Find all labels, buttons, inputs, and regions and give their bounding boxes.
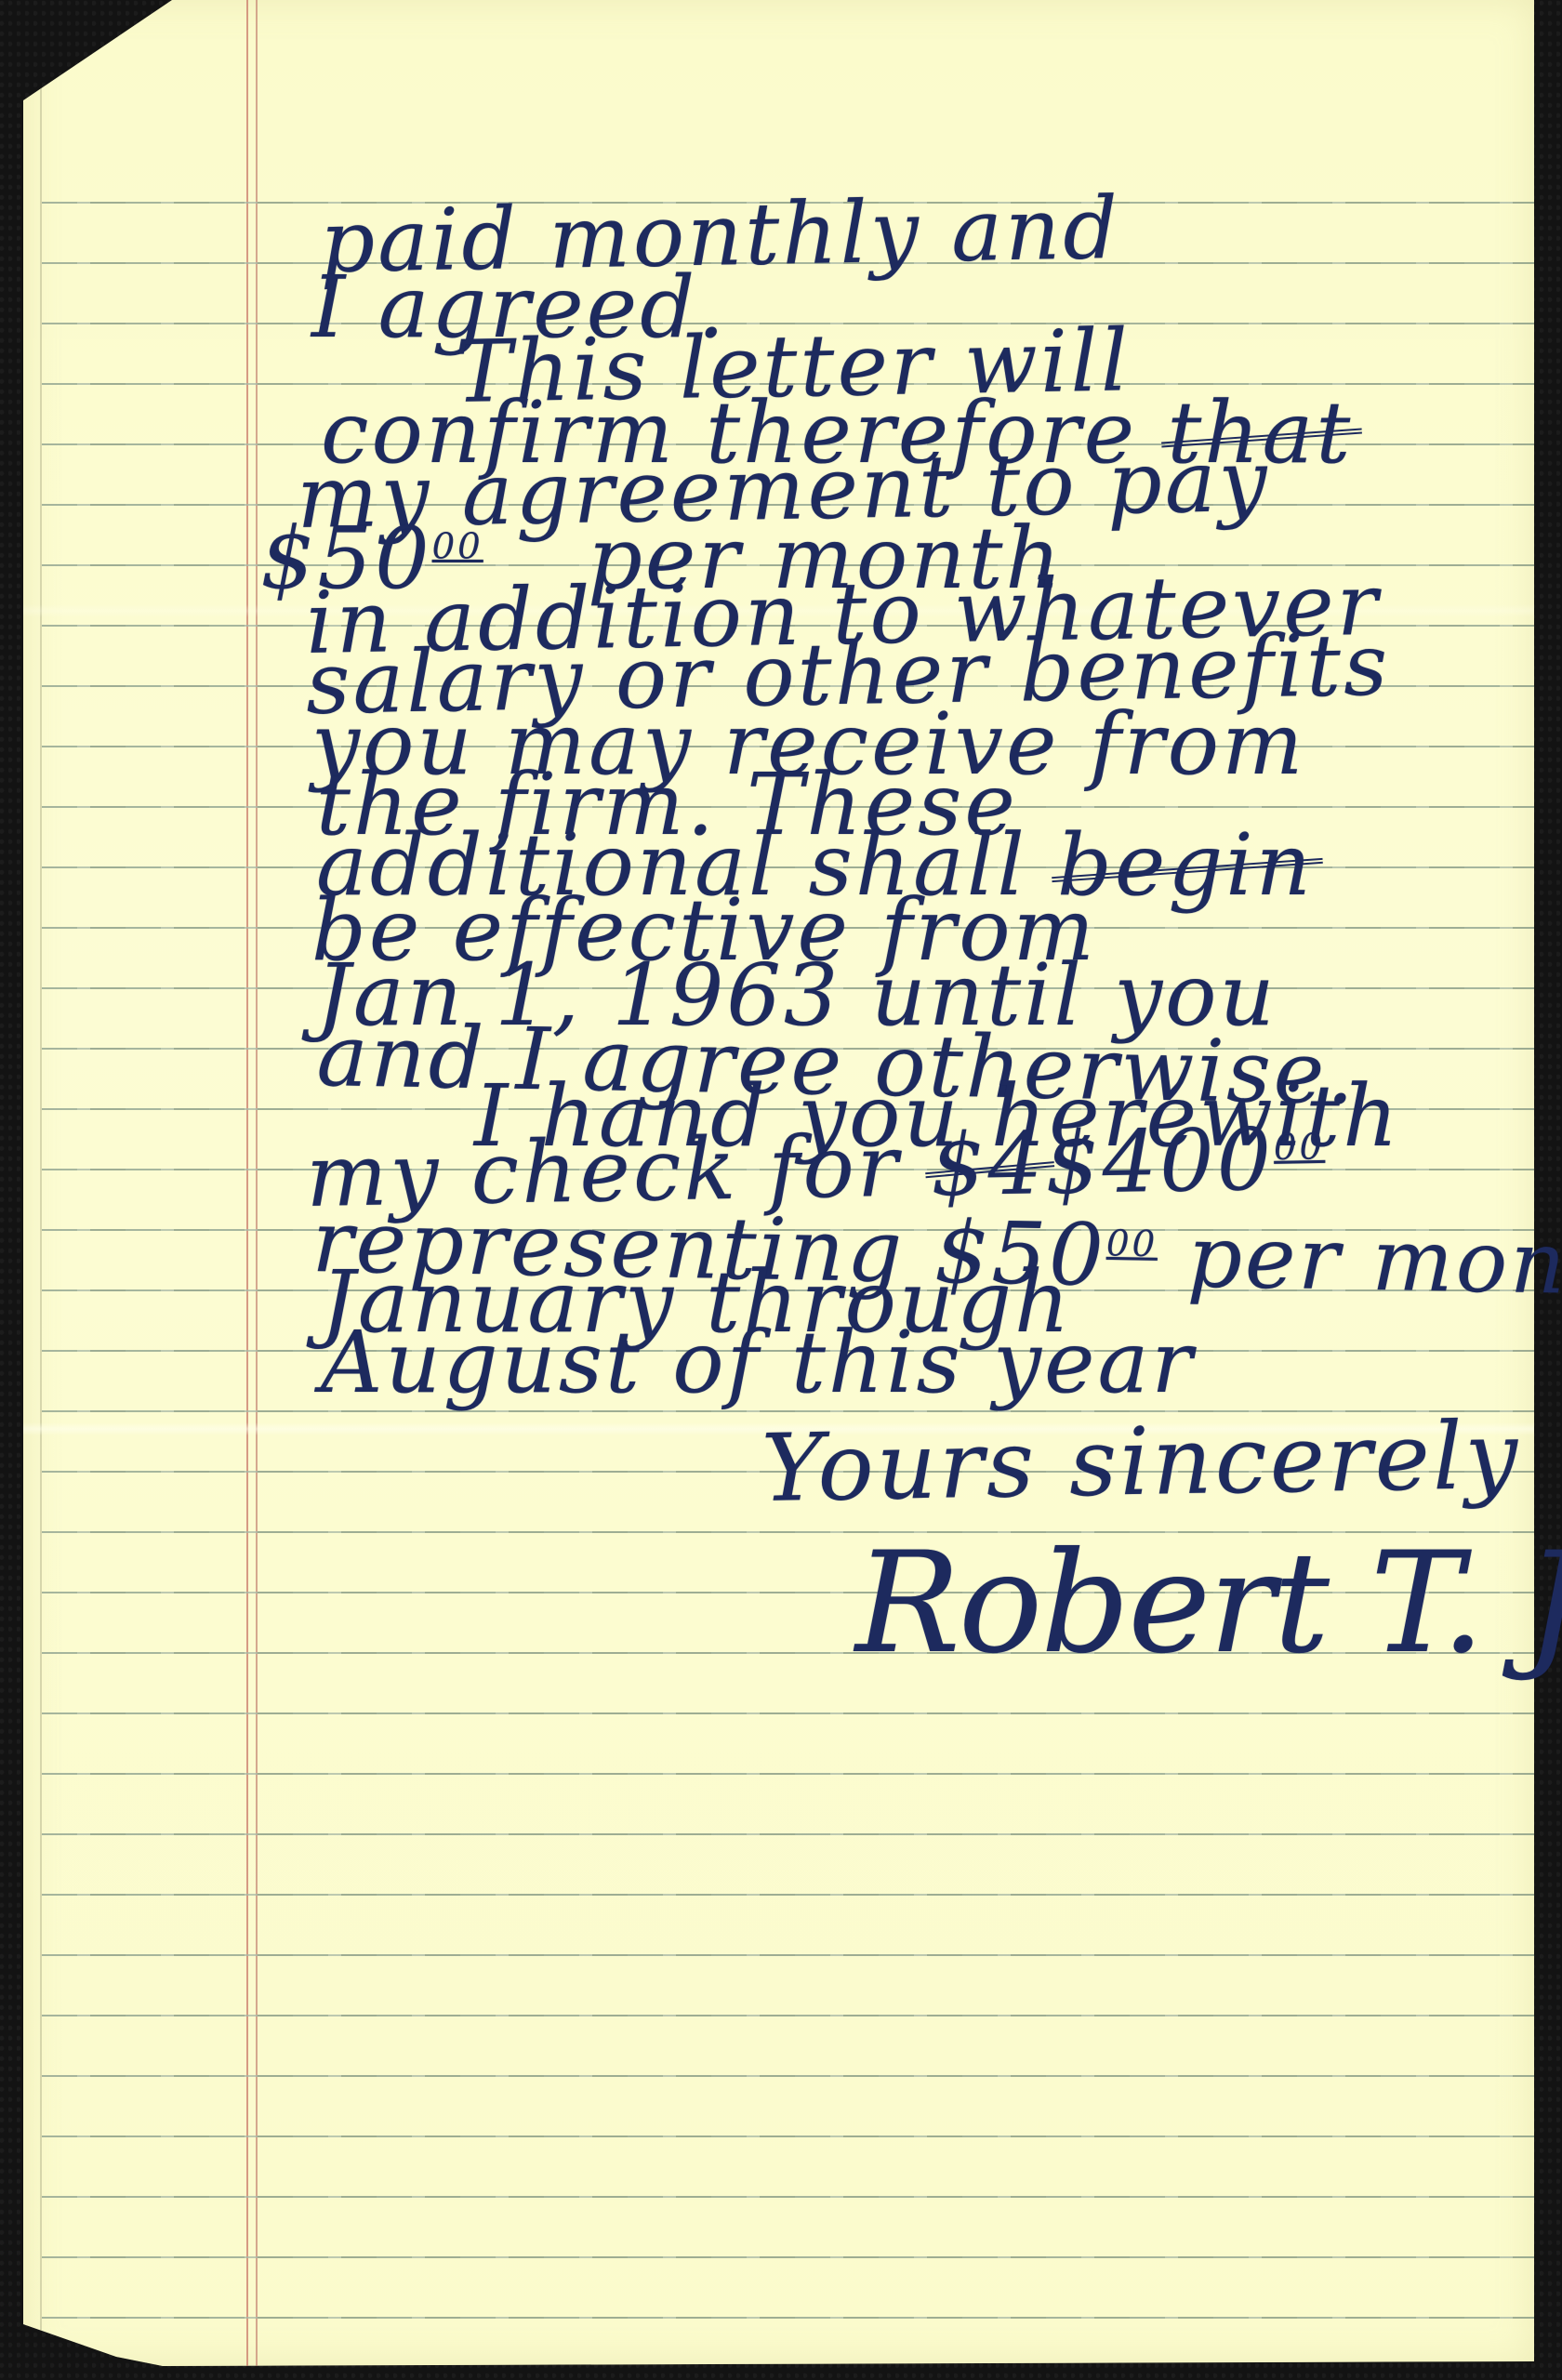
dollar-amount: $400 (1044, 1110, 1275, 1213)
letter-closing: Yours sincerely (761, 1409, 1521, 1515)
cents: 00 (1274, 1126, 1326, 1169)
signature: Robert T. Jones Jr. (855, 1534, 1562, 1673)
cents: 00 (1106, 1223, 1158, 1265)
letter-line: August of this year (321, 1320, 1195, 1406)
cents: 00 (432, 525, 483, 567)
struck-word: $4 (930, 1121, 1046, 1209)
letter-body: paid monthly and I agreed. This letter w… (0, 0, 1562, 2380)
